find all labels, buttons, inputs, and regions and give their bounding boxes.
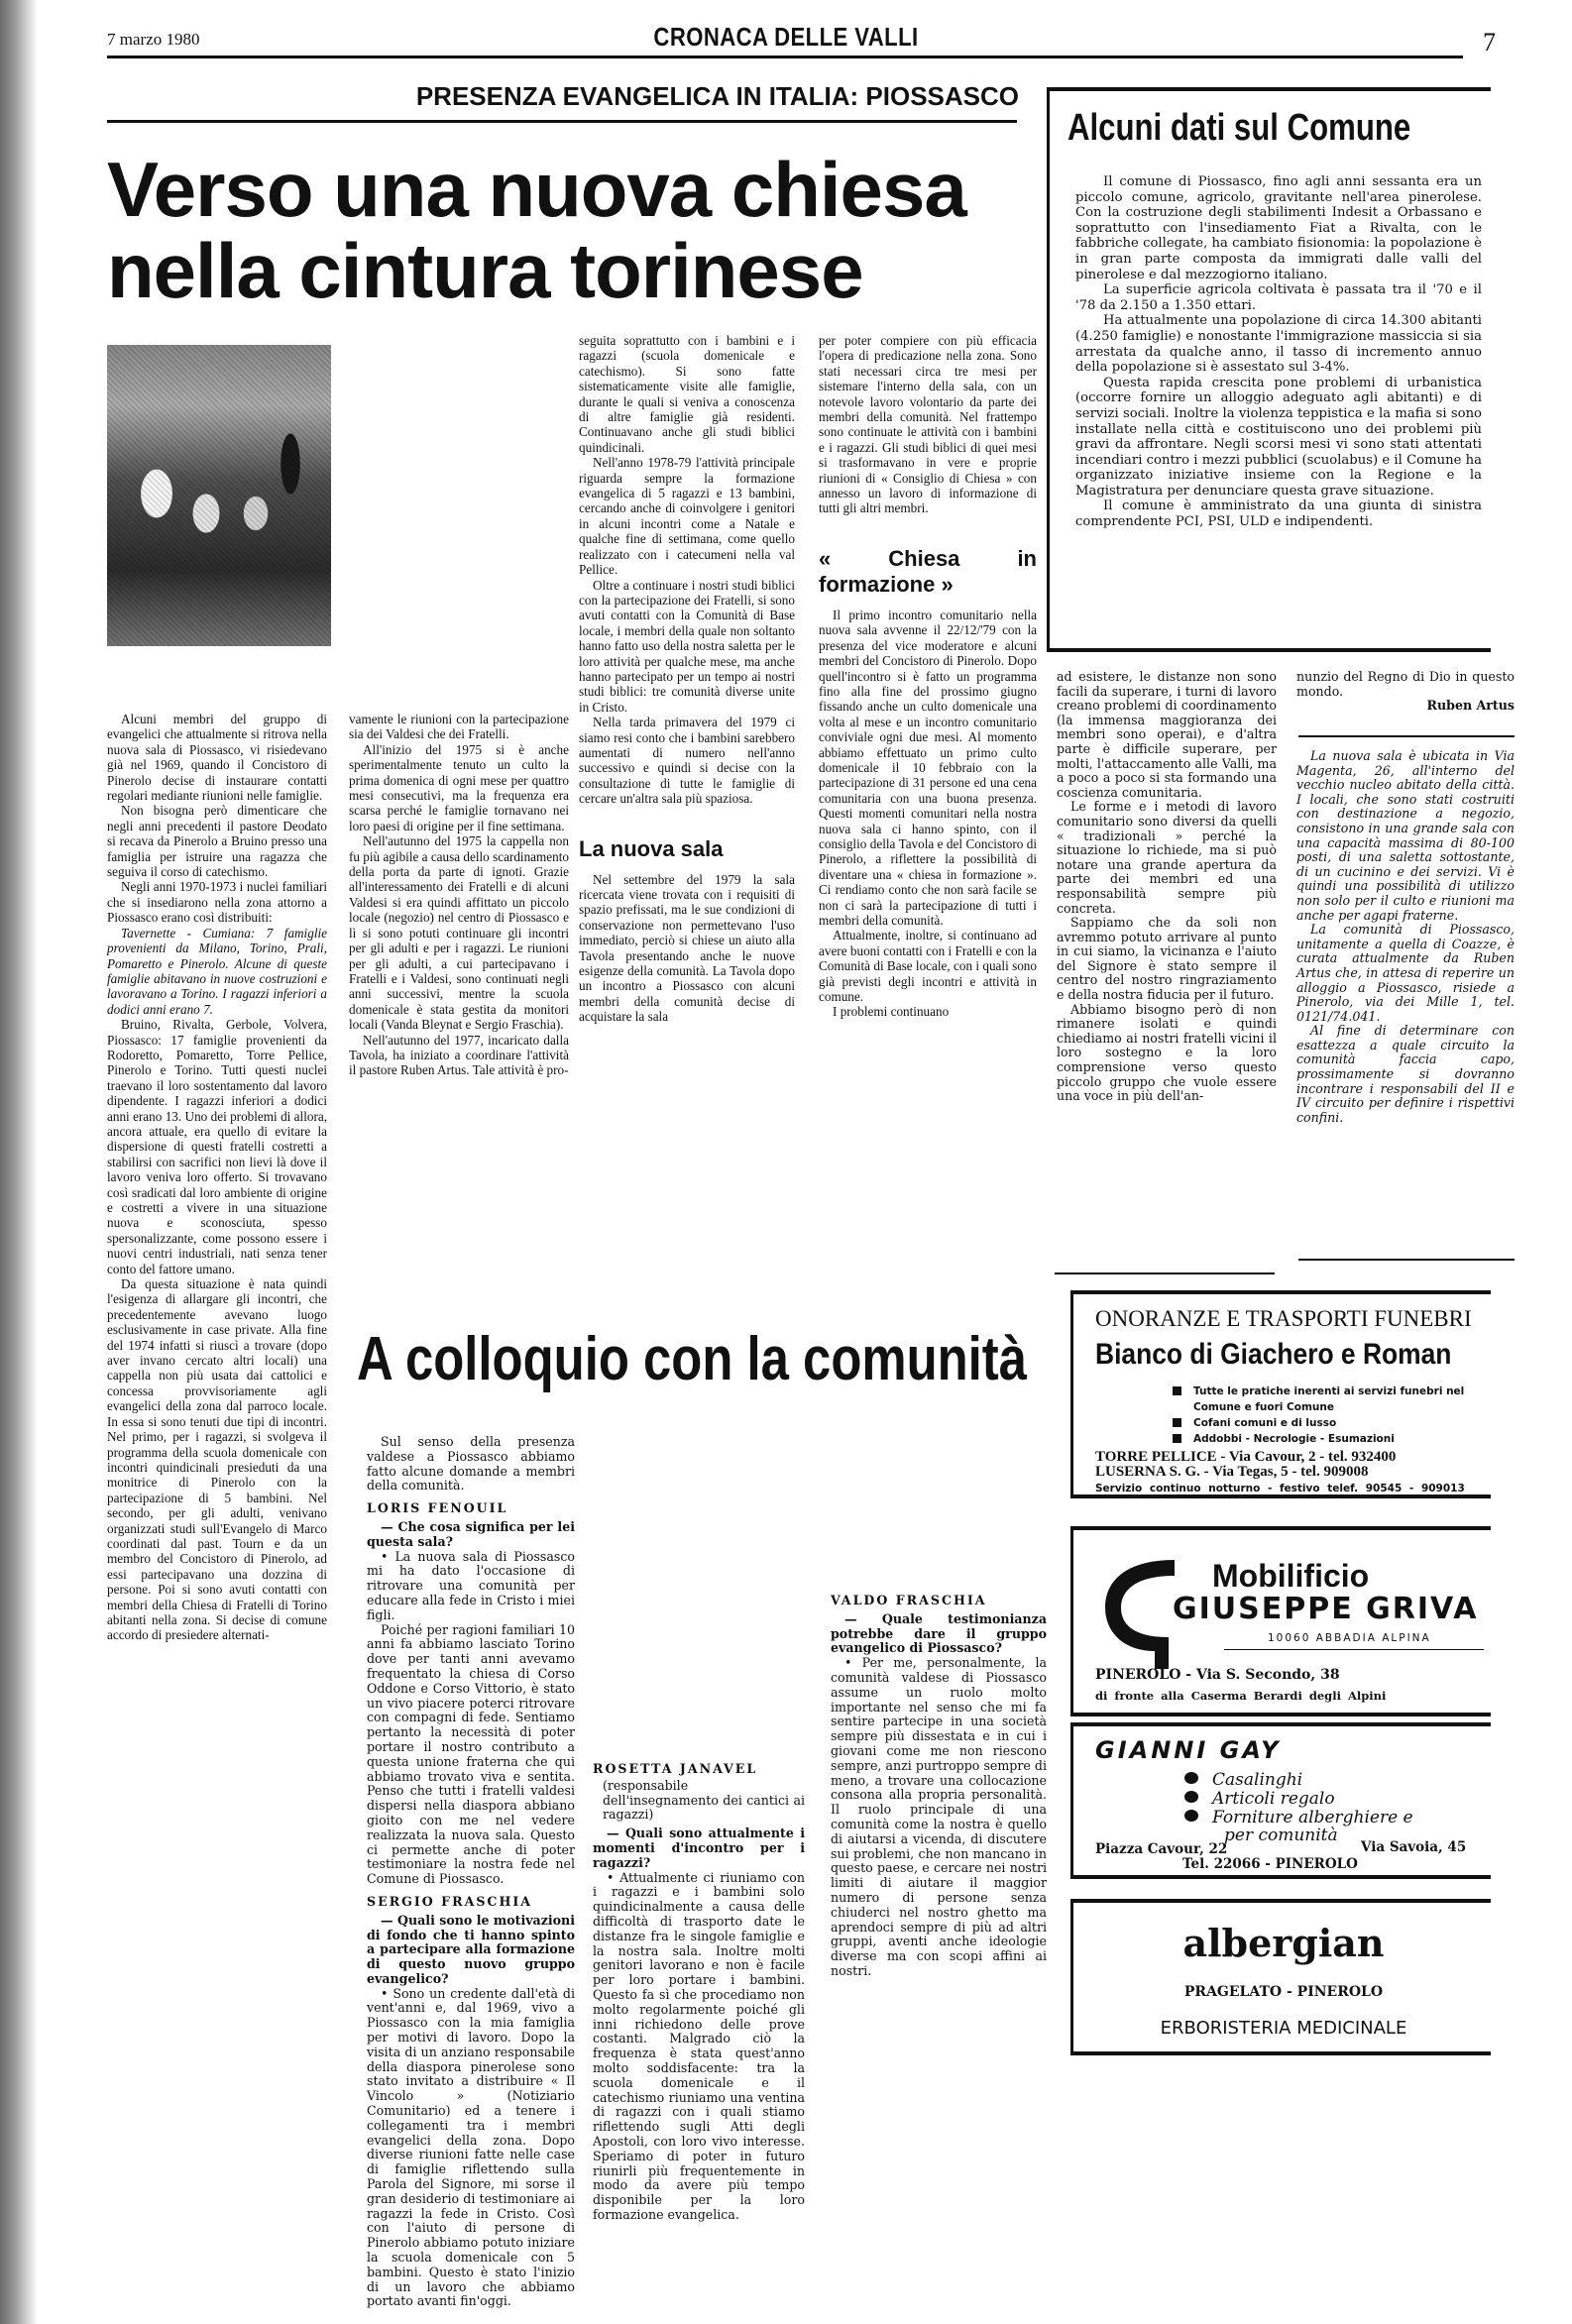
interview-column-2: ROSETTA JANAVEL (responsabile dell'inseg… [593,1435,805,2223]
note-rule [1298,1259,1515,1261]
interview-question: — Quali sono le motivazioni di fondo che… [367,1914,575,1987]
ad-address: PINEROLO - Via S. Secondo, 38 [1095,1667,1340,1683]
interviewee-name: VALDO FRASCHIA [831,1594,1047,1608]
paragraph: per poter compiere con più efficacia l'o… [819,333,1037,516]
paragraph: Abbiamo bisogno però di non rimanere iso… [1057,1003,1277,1104]
interviewee-name: LORIS FENOUIL [367,1501,575,1516]
sidebar-box-comune: Alcuni dati sul Comune Il comune di Pios… [1047,87,1491,652]
interview-answer: • La nuova sala di Piossasco mi ha dato … [367,1550,575,1623]
ad-company-name: Bianco di Giachero e Roman [1095,1338,1451,1372]
ad-bullet: Addobbi - Necrologie - Esumazioni [1173,1433,1395,1445]
paragraph: seguita soprattutto con i bambini e i ra… [579,333,795,455]
ad-zip-location: 10060 ABBADIA ALPINA [1268,1632,1431,1644]
article-column-1: Alcuni membri del gruppo di evangelici c… [107,712,327,1643]
paragraph: Non bisogna però dimenticare che negli a… [107,803,327,879]
box-title: Alcuni dati sul Comune [1067,107,1408,150]
paragraph: Nel settembre del 1979 la sala ricercata… [579,872,795,1025]
bullet-dot-icon [1184,1772,1198,1784]
article-column-3: seguita soprattutto con i bambini e i ra… [579,333,795,1025]
paragraph: Al fine di determinare con esattezza a q… [1296,1024,1515,1125]
box-body: Il comune di Piossasco, fino agli anni s… [1075,174,1482,530]
ad-telephone: Tel. 22066 - PINEROLO [1182,1856,1358,1872]
paragraph: Le forme e i metodi di lavoro comunitari… [1057,800,1277,916]
paragraph: Attualmente, inoltre, si continuano ad a… [819,928,1037,1004]
kicker-rule [107,120,1017,123]
ad-company-type: Mobilificio [1212,1558,1369,1595]
ad-location: PRAGELATO - PINEROLO [1073,1984,1494,2000]
note-box: La nuova sala è ubicata in Via Magenta, … [1296,749,1515,1125]
paragraph: Oltre a continuare i nostri studi biblic… [579,578,795,716]
interview-question: — Quali sono attualmente i momenti d'inc… [593,1826,805,1870]
ad-brand: albergian [1073,1921,1494,1965]
paragraph: Alcuni membri del gruppo di evangelici c… [107,712,327,803]
paragraph: Sappiamo che da soli non avremmo potuto … [1057,916,1277,1003]
ad-bullet: Tutte le pratiche inerenti ai servizi fu… [1173,1385,1464,1397]
ad-company-name: GIUSEPPE GRIVA [1173,1592,1478,1626]
interview-column-1: Sul senso della presenza valdese a Pioss… [367,1435,575,2309]
ad-onoranze-funebri: ONORANZE E TRASPORTI FUNEBRI Bianco di G… [1070,1290,1491,1498]
ad-address-2: LUSERNA S. G. - Via Tegas, 5 - tel. 9090… [1095,1464,1368,1481]
ad-mobilificio-griva: Mobilificio GIUSEPPE GRIVA 10060 ABBADIA… [1070,1526,1491,1716]
ad-rule [1224,1649,1484,1650]
ad-gianni-gay: GIANNI GAY Casalinghi Articoli regalo Fo… [1070,1722,1491,1879]
ad-service-line: Servizio continuo notturno - festivo tel… [1095,1483,1465,1494]
paragraph: Nella tarda primavera del 1979 ci siamo … [579,715,795,806]
article-photo [107,345,331,646]
headline-line-1: Verso una nuova chiesa [107,147,999,232]
ad-heading: ONORANZE E TRASPORTI FUNEBRI [1095,1306,1472,1332]
newspaper-title: CRONACA DELLE VALLI [118,22,1454,53]
article-column-4: per poter compiere con più efficacia l'o… [819,333,1037,1020]
ad-address-note: di fronte alla Caserma Berardi degli Alp… [1095,1689,1386,1703]
headline-colloquio: A colloquio con la comunità [357,1324,926,1394]
column-rule [1055,1273,1275,1274]
ad-item: Forniture alberghiere e [1224,1808,1413,1827]
ad-address-right: Via Savoia, 45 [1361,1839,1466,1855]
paragraph: Nell'autunno del 1977, incaricato dalla … [349,1033,569,1078]
paragraph: vamente le riunioni con la partecipazion… [349,712,569,742]
article-column-6: nunzio del Regno di Dio in questo mondo.… [1296,670,1515,714]
ad-company-name: GIANNI GAY [1095,1736,1282,1764]
subheading-nuova-sala: La nuova sala [579,836,795,862]
paragraph: Il primo incontro comunitario nella nuov… [819,608,1037,929]
paragraph: Questa rapida crescita pone problemi di … [1075,376,1482,499]
paragraph: Il comune è amministrato da una giunta d… [1075,498,1482,529]
ad-bullet-cont: Comune e fuori Comune [1193,1401,1334,1413]
paragraph: Ha attualmente una popolazione di circa … [1075,313,1482,375]
masthead-rule [107,55,1463,58]
square-bullet-icon [1173,1386,1181,1395]
interviewee-role: (responsabile dell'insegnamento dei cant… [593,1779,805,1823]
paragraph: Bruino, Rivalta, Gerbole, Volvera, Pioss… [107,1017,327,1276]
article-column-2: vamente le riunioni con la partecipazion… [349,712,569,1078]
bullet-dot-icon [1184,1810,1198,1822]
paragraph: La comunità di Piossasco, unitamente a q… [1296,923,1515,1024]
paragraph: Tavernette - Cumiana: 7 famiglie proveni… [107,926,327,1017]
ad-business-type: ERBORISTERIA MEDICINALE [1073,2018,1494,2039]
paragraph: Da questa situazione è nata quindi l'esi… [107,1276,327,1643]
square-bullet-icon [1173,1434,1181,1443]
ad-item-cont: per comunità [1224,1826,1338,1845]
interview-question: — Che cosa significa per lei questa sala… [367,1520,575,1550]
interviewee-name: SERGIO FRASCHIA [367,1895,575,1910]
ad-albergian: albergian PRAGELATO - PINEROLO ERBORISTE… [1070,1899,1491,2055]
paragraph: All'inizio del 1975 si è anche speriment… [349,742,569,833]
bullet-dot-icon [1184,1791,1198,1803]
square-bullet-icon [1173,1418,1181,1427]
interview-question: — Quale testimonianza potrebbe dare il g… [831,1612,1047,1656]
paragraph: nunzio del Regno di Dio in questo mondo. [1296,670,1515,699]
subheading-chiesa-in-formazione: « Chiesa in formazione » [819,546,1037,598]
interview-answer: • Per me, personalmente, la comunità val… [831,1656,1047,1979]
intro: Sul senso della presenza valdese a Pioss… [367,1435,575,1494]
ad-address-left: Piazza Cavour, 22 [1095,1841,1227,1857]
author-signature: Ruben Artus [1296,699,1515,714]
interview-answer: Poiché per ragioni familiari 10 anni fa … [367,1623,575,1887]
page-binding-shadow [0,0,38,2324]
paragraph: I problemi continuano [819,1004,1037,1019]
paragraph: Nell'anno 1978-79 l'attività principale … [579,455,795,577]
interview-column-3: VALDO FRASCHIA — Quale testimonianza pot… [831,1435,1047,1979]
interviewee-name: ROSETTA JANAVEL [593,1762,805,1777]
ad-item: Articoli regalo [1224,1789,1335,1809]
ad-bullet: Cofani comuni e di lusso [1173,1417,1336,1429]
paragraph: Negli anni 1970-1973 i nuclei familiari … [107,879,327,925]
interview-answer: • Sono un credente dall'età di vent'anni… [367,1987,575,2310]
paragraph: Nell'autunno del 1975 la cappella non fu… [349,833,569,1032]
signature-rule [1298,735,1515,737]
paragraph: La superficie agricola coltivata è passa… [1075,282,1482,313]
paragraph: La nuova sala è ubicata in Via Magenta, … [1296,749,1515,923]
paragraph: ad esistere, le distanze non sono facili… [1057,670,1277,800]
section-kicker: PRESENZA EVANGELICA IN ITALIA: PIOSSASCO [107,81,1019,112]
headline-line-2: nella cintura torinese [107,228,999,313]
ad-item: Casalinghi [1224,1770,1314,1790]
article-column-5: ad esistere, le distanze non sono facili… [1057,670,1277,1104]
paragraph: Il comune di Piossasco, fino agli anni s… [1075,174,1482,282]
page-number: 7 [1483,28,1496,57]
interview-answer: • Attualmente ci riuniamo con i ragazzi … [593,1871,805,2223]
